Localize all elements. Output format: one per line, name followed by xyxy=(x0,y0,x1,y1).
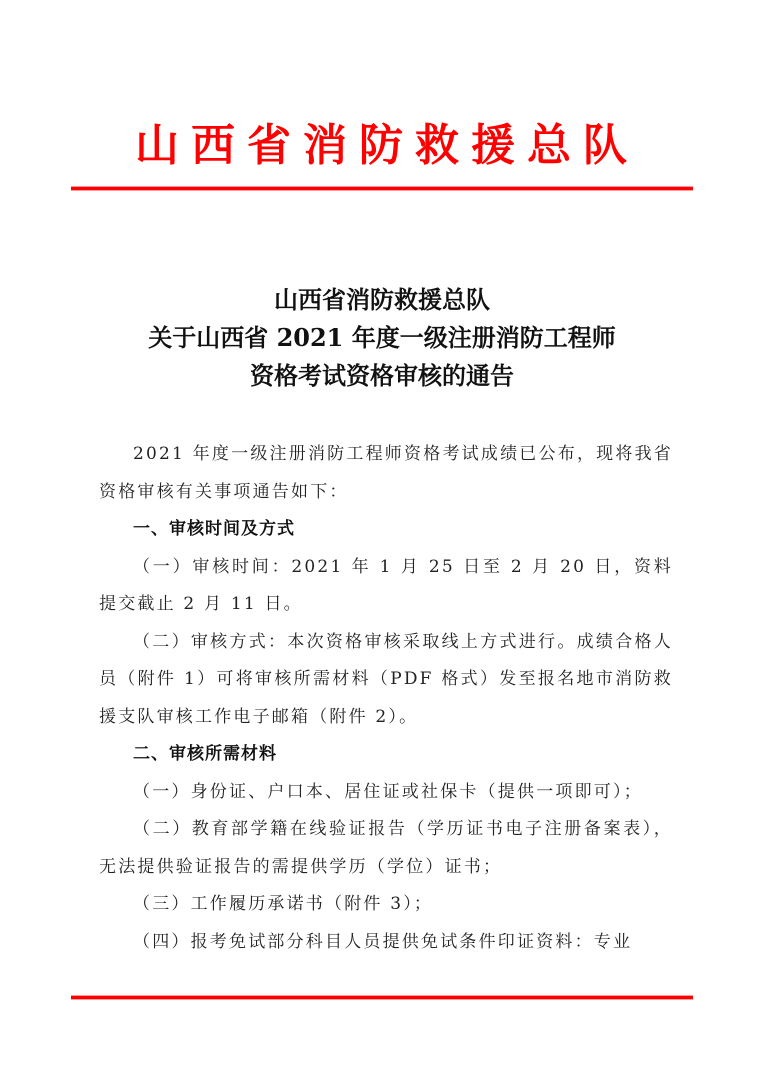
material-item-work-history: （三）工作履历承诺书（附件 3）； xyxy=(99,886,673,924)
intro-paragraph: 2021 年度一级注册消防工程师资格考试成绩已公布，现将我省资格审核有关事项通告… xyxy=(99,436,673,511)
section-heading-review-time-method: 一、审核时间及方式 xyxy=(99,511,673,549)
title-line-3: 资格考试资格审核的通告 xyxy=(0,357,764,395)
document-body: 2021 年度一级注册消防工程师资格考试成绩已公布，现将我省资格审核有关事项通告… xyxy=(99,436,673,961)
material-item-id: （一）身份证、户口本、居住证或社保卡（提供一项即可）； xyxy=(99,774,673,812)
letterhead-red-rule xyxy=(71,187,693,190)
review-method-item: （二）审核方式：本次资格审核采取线上方式进行。成绩合格人员（附件 1）可将审核所… xyxy=(99,624,673,737)
letterhead-org-name: 山西省消防救援总队 xyxy=(0,118,764,174)
title-line-2: 关于山西省 2021 年度一级注册消防工程师 xyxy=(0,319,764,357)
material-item-education-report: （二）教育部学籍在线验证报告（学历证书电子注册备案表），无法提供验证报告的需提供… xyxy=(99,811,673,886)
review-time-item: （一）审核时间：2021 年 1 月 25 日至 2 月 20 日，资料提交截止… xyxy=(99,549,673,624)
section-heading-required-materials: 二、审核所需材料 xyxy=(99,736,673,774)
material-item-exemption: （四）报考免试部分科目人员提供免试条件印证资料：专业 xyxy=(99,924,673,962)
footer-red-rule xyxy=(71,996,693,999)
document-title: 山西省消防救援总队 关于山西省 2021 年度一级注册消防工程师 资格考试资格审… xyxy=(0,281,764,395)
title-line-1: 山西省消防救援总队 xyxy=(0,281,764,319)
